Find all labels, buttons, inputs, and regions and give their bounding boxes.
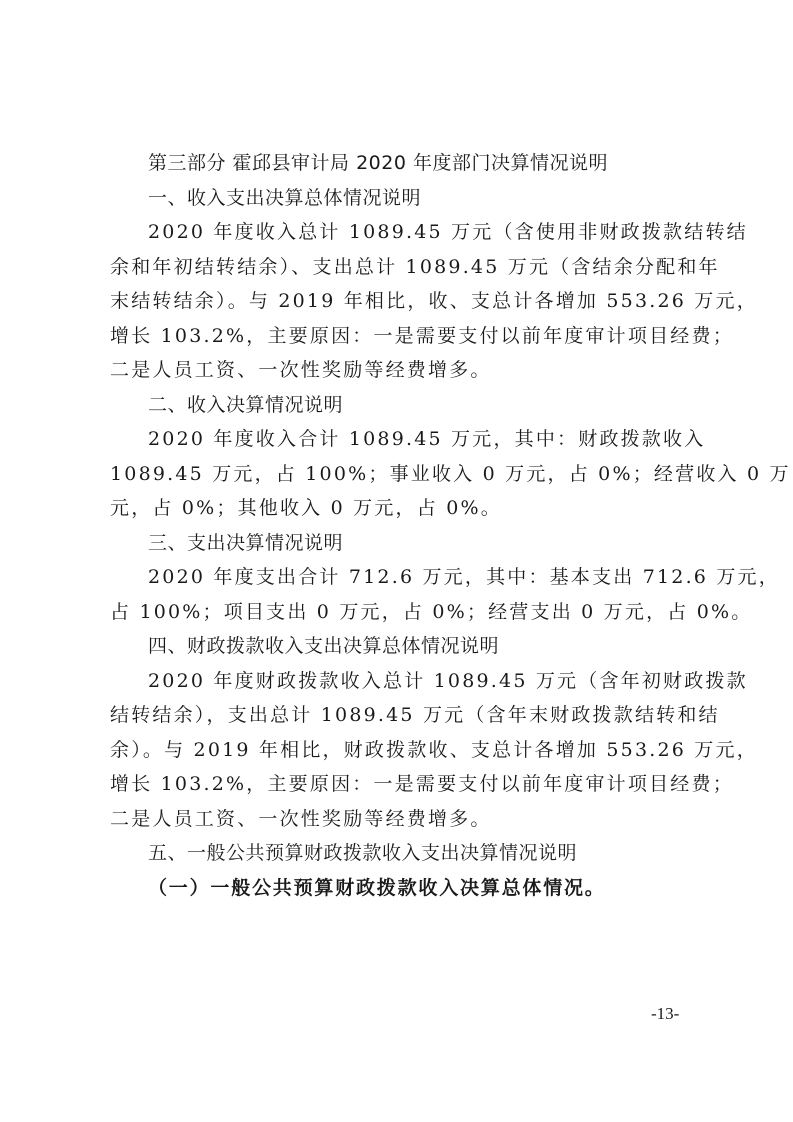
- section-heading-5: 五、一般公共预算财政拨款收入支出决算情况说明: [110, 836, 695, 871]
- page-number: -13-: [651, 1004, 679, 1024]
- document-page: 第三部分 霍邱县审计局 2020 年度部门决算情况说明 一、收入支出决算总体情况…: [0, 0, 793, 1122]
- section-heading-4: 四、财政拨款收入支出决算总体情况说明: [110, 629, 695, 664]
- document-body: 第三部分 霍邱县审计局 2020 年度部门决算情况说明 一、收入支出决算总体情况…: [110, 146, 695, 905]
- paragraph-line: 二是人员工资、一次性奖励等经费增多。: [110, 802, 695, 837]
- paragraph-line: 增长 103.2%，主要原因：一是需要支付以前年度审计项目经费；: [110, 767, 695, 802]
- paragraph-line: 2020 年度收入总计 1089.45 万元（含使用非财政拨款结转结: [110, 215, 695, 250]
- paragraph-line: 增长 103.2%，主要原因：一是需要支付以前年度审计项目经费；: [110, 319, 695, 354]
- section-heading-2: 二、收入决算情况说明: [110, 388, 695, 423]
- paragraph-line: 占 100%；项目支出 0 万元，占 0%；经营支出 0 万元，占 0%。: [110, 595, 695, 630]
- paragraph-line: 2020 年度财政拨款收入总计 1089.45 万元（含年初财政拨款: [110, 664, 695, 699]
- paragraph-line: 结转结余），支出总计 1089.45 万元（含年末财政拨款结转和结: [110, 698, 695, 733]
- section-heading-1: 一、收入支出决算总体情况说明: [110, 181, 695, 216]
- paragraph-line: 1089.45 万元，占 100%；事业收入 0 万元，占 0%；经营收入 0 …: [110, 457, 695, 492]
- paragraph-line: 余）。与 2019 年相比，财政拨款收、支总计各增加 553.26 万元，: [110, 733, 695, 768]
- section-heading-3: 三、支出决算情况说明: [110, 526, 695, 561]
- paragraph-line: 末结转结余）。与 2019 年相比，收、支总计各增加 553.26 万元，: [110, 284, 695, 319]
- paragraph-line: 元，占 0%；其他收入 0 万元，占 0%。: [110, 491, 695, 526]
- paragraph-line: 2020 年度支出合计 712.6 万元，其中：基本支出 712.6 万元，: [110, 560, 695, 595]
- subsection-heading: （一）一般公共预算财政拨款收入决算总体情况。: [110, 871, 695, 906]
- paragraph-line: 二是人员工资、一次性奖励等经费增多。: [110, 353, 695, 388]
- paragraph-line: 余和年初结转结余）、支出总计 1089.45 万元（含结余分配和年: [110, 250, 695, 285]
- paragraph-line: 2020 年度收入合计 1089.45 万元，其中：财政拨款收入: [110, 422, 695, 457]
- page-title: 第三部分 霍邱县审计局 2020 年度部门决算情况说明: [110, 146, 695, 181]
